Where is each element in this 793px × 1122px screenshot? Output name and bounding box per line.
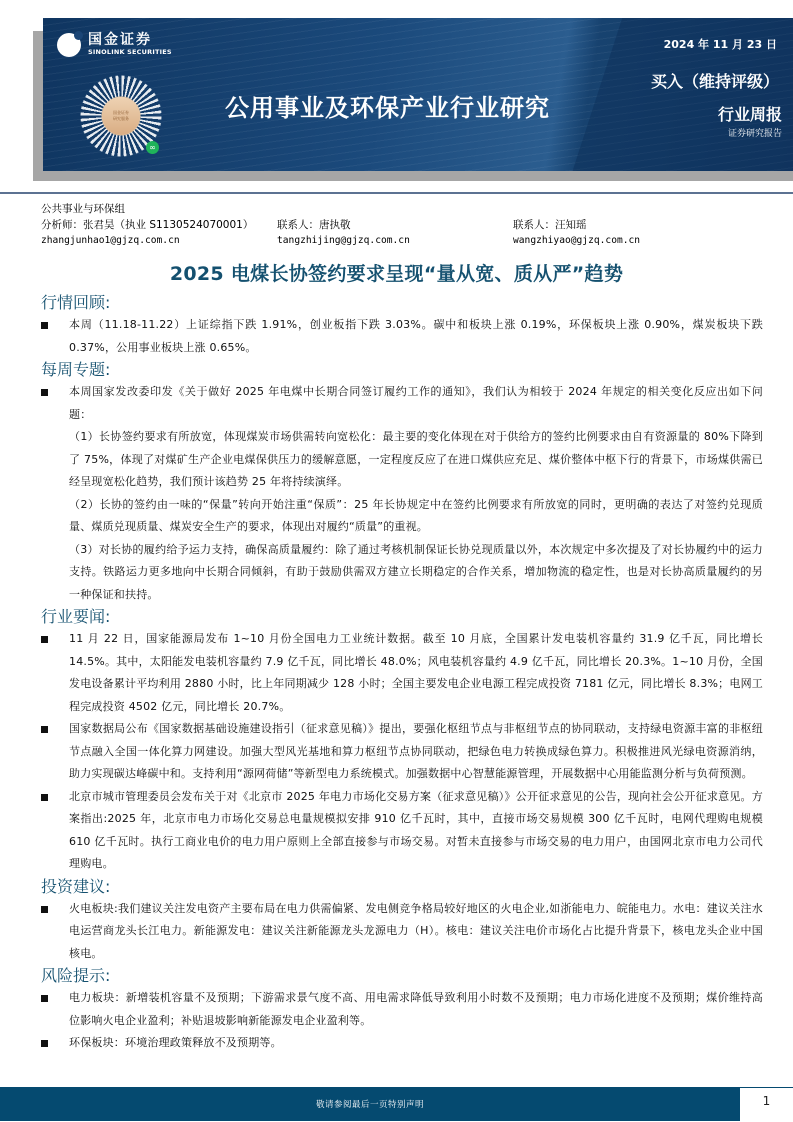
weekly-point-2: （2）长协的签约由一味的“保量”转向开始注重“保质”：25 年长协规定中在签约比… <box>41 494 763 539</box>
contact2-name: 联系人：汪知瑶 <box>513 217 587 233</box>
risk-bullet-2: 环保板块：环境治理政策释放不及预期等。 <box>41 1032 763 1055</box>
page-number: 1 <box>740 1094 793 1108</box>
news-bullet-3: 北京市城市管理委员会发布关于对《北京市 2025 年电力市场化交易方案（征求意见… <box>41 786 763 876</box>
logo-en-text: SINOLINK SECURITIES <box>88 48 172 57</box>
bullet-text: 11 月 22 日，国家能源局发布 1~10 月份全国电力工业统计数据。截至 1… <box>69 632 763 713</box>
qr-center-badge: 国金证券 研究服务 <box>102 97 140 135</box>
report-type: 行业周报 <box>718 102 782 125</box>
contact2-email[interactable]: wangzhiyao@gjzq.com.cn <box>513 233 640 249</box>
industry-title: 公用事业及环保产业行业研究 <box>225 88 550 123</box>
news-bullet-1: 11 月 22 日，国家能源局发布 1~10 月份全国电力工业统计数据。截至 1… <box>41 628 763 718</box>
weekly-point-3: （3）对长协的履约给予运力支持，确保高质量履约：除了通过考核机制保证长协兑现质量… <box>41 539 763 607</box>
bullet-text: 本周（11.18-11.22）上证综指下跌 1.91%，创业板指下跌 3.03%… <box>69 318 763 354</box>
header-banner: 国金证券 SINOLINK SECURITIES 国金证券 研究服务 ∞ 公用事… <box>43 18 793 171</box>
report-subtype: 证券研究报告 <box>728 126 782 139</box>
bullet-text: 本周国家发改委印发《关于做好 2025 年电煤中长期合同签订履约工作的通知》，我… <box>69 385 763 421</box>
weekly-point-1: （1）长协签约要求有所放宽，体现煤炭市场供需转向宽松化：最主要的变化体现在对于供… <box>41 426 763 494</box>
bullet-square-icon <box>41 322 48 329</box>
bullet-text: 环保板块：环境治理政策释放不及预期等。 <box>69 1036 282 1049</box>
contact1-email[interactable]: tangzhijing@gjzq.com.cn <box>277 233 513 249</box>
bullet-text: 火电板块:我们建议关注发电资产主要布局在电力供需偏紧、发电侧竞争格局较好地区的火… <box>69 902 763 960</box>
heading-weekly-topic: 每周专题: <box>41 359 763 381</box>
report-title: 2025 电煤长协签约要求呈现“量从宽、质从严”趋势 <box>0 259 793 286</box>
bullet-square-icon <box>41 389 48 396</box>
footer-rule <box>740 1087 793 1088</box>
qr-center-line2: 研究服务 <box>113 116 129 122</box>
weekly-bullet: 本周国家发改委印发《关于做好 2025 年电煤中长期合同签订履约工作的通知》，我… <box>41 381 763 426</box>
bullet-square-icon <box>41 726 48 733</box>
bullet-text: 电力板块：新增装机容量不及预期；下游需求景气度不高、用电需求降低导致利用小时数不… <box>69 991 763 1027</box>
footer-disclaimer: 敬请参阅最后一页特别声明 <box>316 1098 424 1110</box>
risk-bullet-1: 电力板块：新增装机容量不及预期；下游需求景气度不高、用电需求降低导致利用小时数不… <box>41 987 763 1032</box>
mini-program-icon: ∞ <box>146 141 159 154</box>
analyst-block: 公共事业与环保组 分析师：张君昊（执业 S1130524070001） 联系人：… <box>41 201 640 249</box>
sinolink-logo-icon <box>57 33 81 57</box>
analyst-email[interactable]: zhangjunhao1@gjzq.com.cn <box>41 233 277 249</box>
analyst-name: 分析师：张君昊（执业 S1130524070001） <box>41 217 277 233</box>
heading-risk-warning: 风险提示: <box>41 965 763 987</box>
heading-market-review: 行情回顾: <box>41 292 763 314</box>
invest-bullet: 火电板块:我们建议关注发电资产主要布局在电力供需偏紧、发电侧竞争格局较好地区的火… <box>41 898 763 966</box>
contact1-name: 联系人：唐执敬 <box>277 217 513 233</box>
footer-bar: 敬请参阅最后一页特别声明 <box>0 1087 740 1121</box>
header-divider <box>0 192 793 194</box>
news-bullet-2: 国家数据局公布《国家数据基础设施建设指引（征求意见稿）》提出，要强化枢纽节点与非… <box>41 718 763 786</box>
bullet-text: 国家数据局公布《国家数据基础设施建设指引（征求意见稿）》提出，要强化枢纽节点与非… <box>69 722 763 780</box>
bullet-square-icon <box>41 906 48 913</box>
bullet-square-icon <box>41 636 48 643</box>
company-logo: 国金证券 SINOLINK SECURITIES <box>57 32 172 57</box>
bullet-square-icon <box>41 995 48 1002</box>
bullet-square-icon <box>41 1040 48 1047</box>
team-name: 公共事业与环保组 <box>41 201 125 217</box>
heading-investment-advice: 投资建议: <box>41 876 763 898</box>
bullet-text: 北京市城市管理委员会发布关于对《北京市 2025 年电力市场化交易方案（征求意见… <box>69 790 763 871</box>
report-body: 行情回顾: 本周（11.18-11.22）上证综指下跌 1.91%，创业板指下跌… <box>41 292 763 1055</box>
heading-industry-news: 行业要闻: <box>41 606 763 628</box>
market-bullet: 本周（11.18-11.22）上证综指下跌 1.91%，创业板指下跌 3.03%… <box>41 314 763 359</box>
logo-cn-text: 国金证券 <box>88 32 172 48</box>
rating-label: 买入（维持评级） <box>651 69 779 92</box>
bullet-square-icon <box>41 794 48 801</box>
report-date: 2024 年 11 月 23 日 <box>664 36 777 52</box>
